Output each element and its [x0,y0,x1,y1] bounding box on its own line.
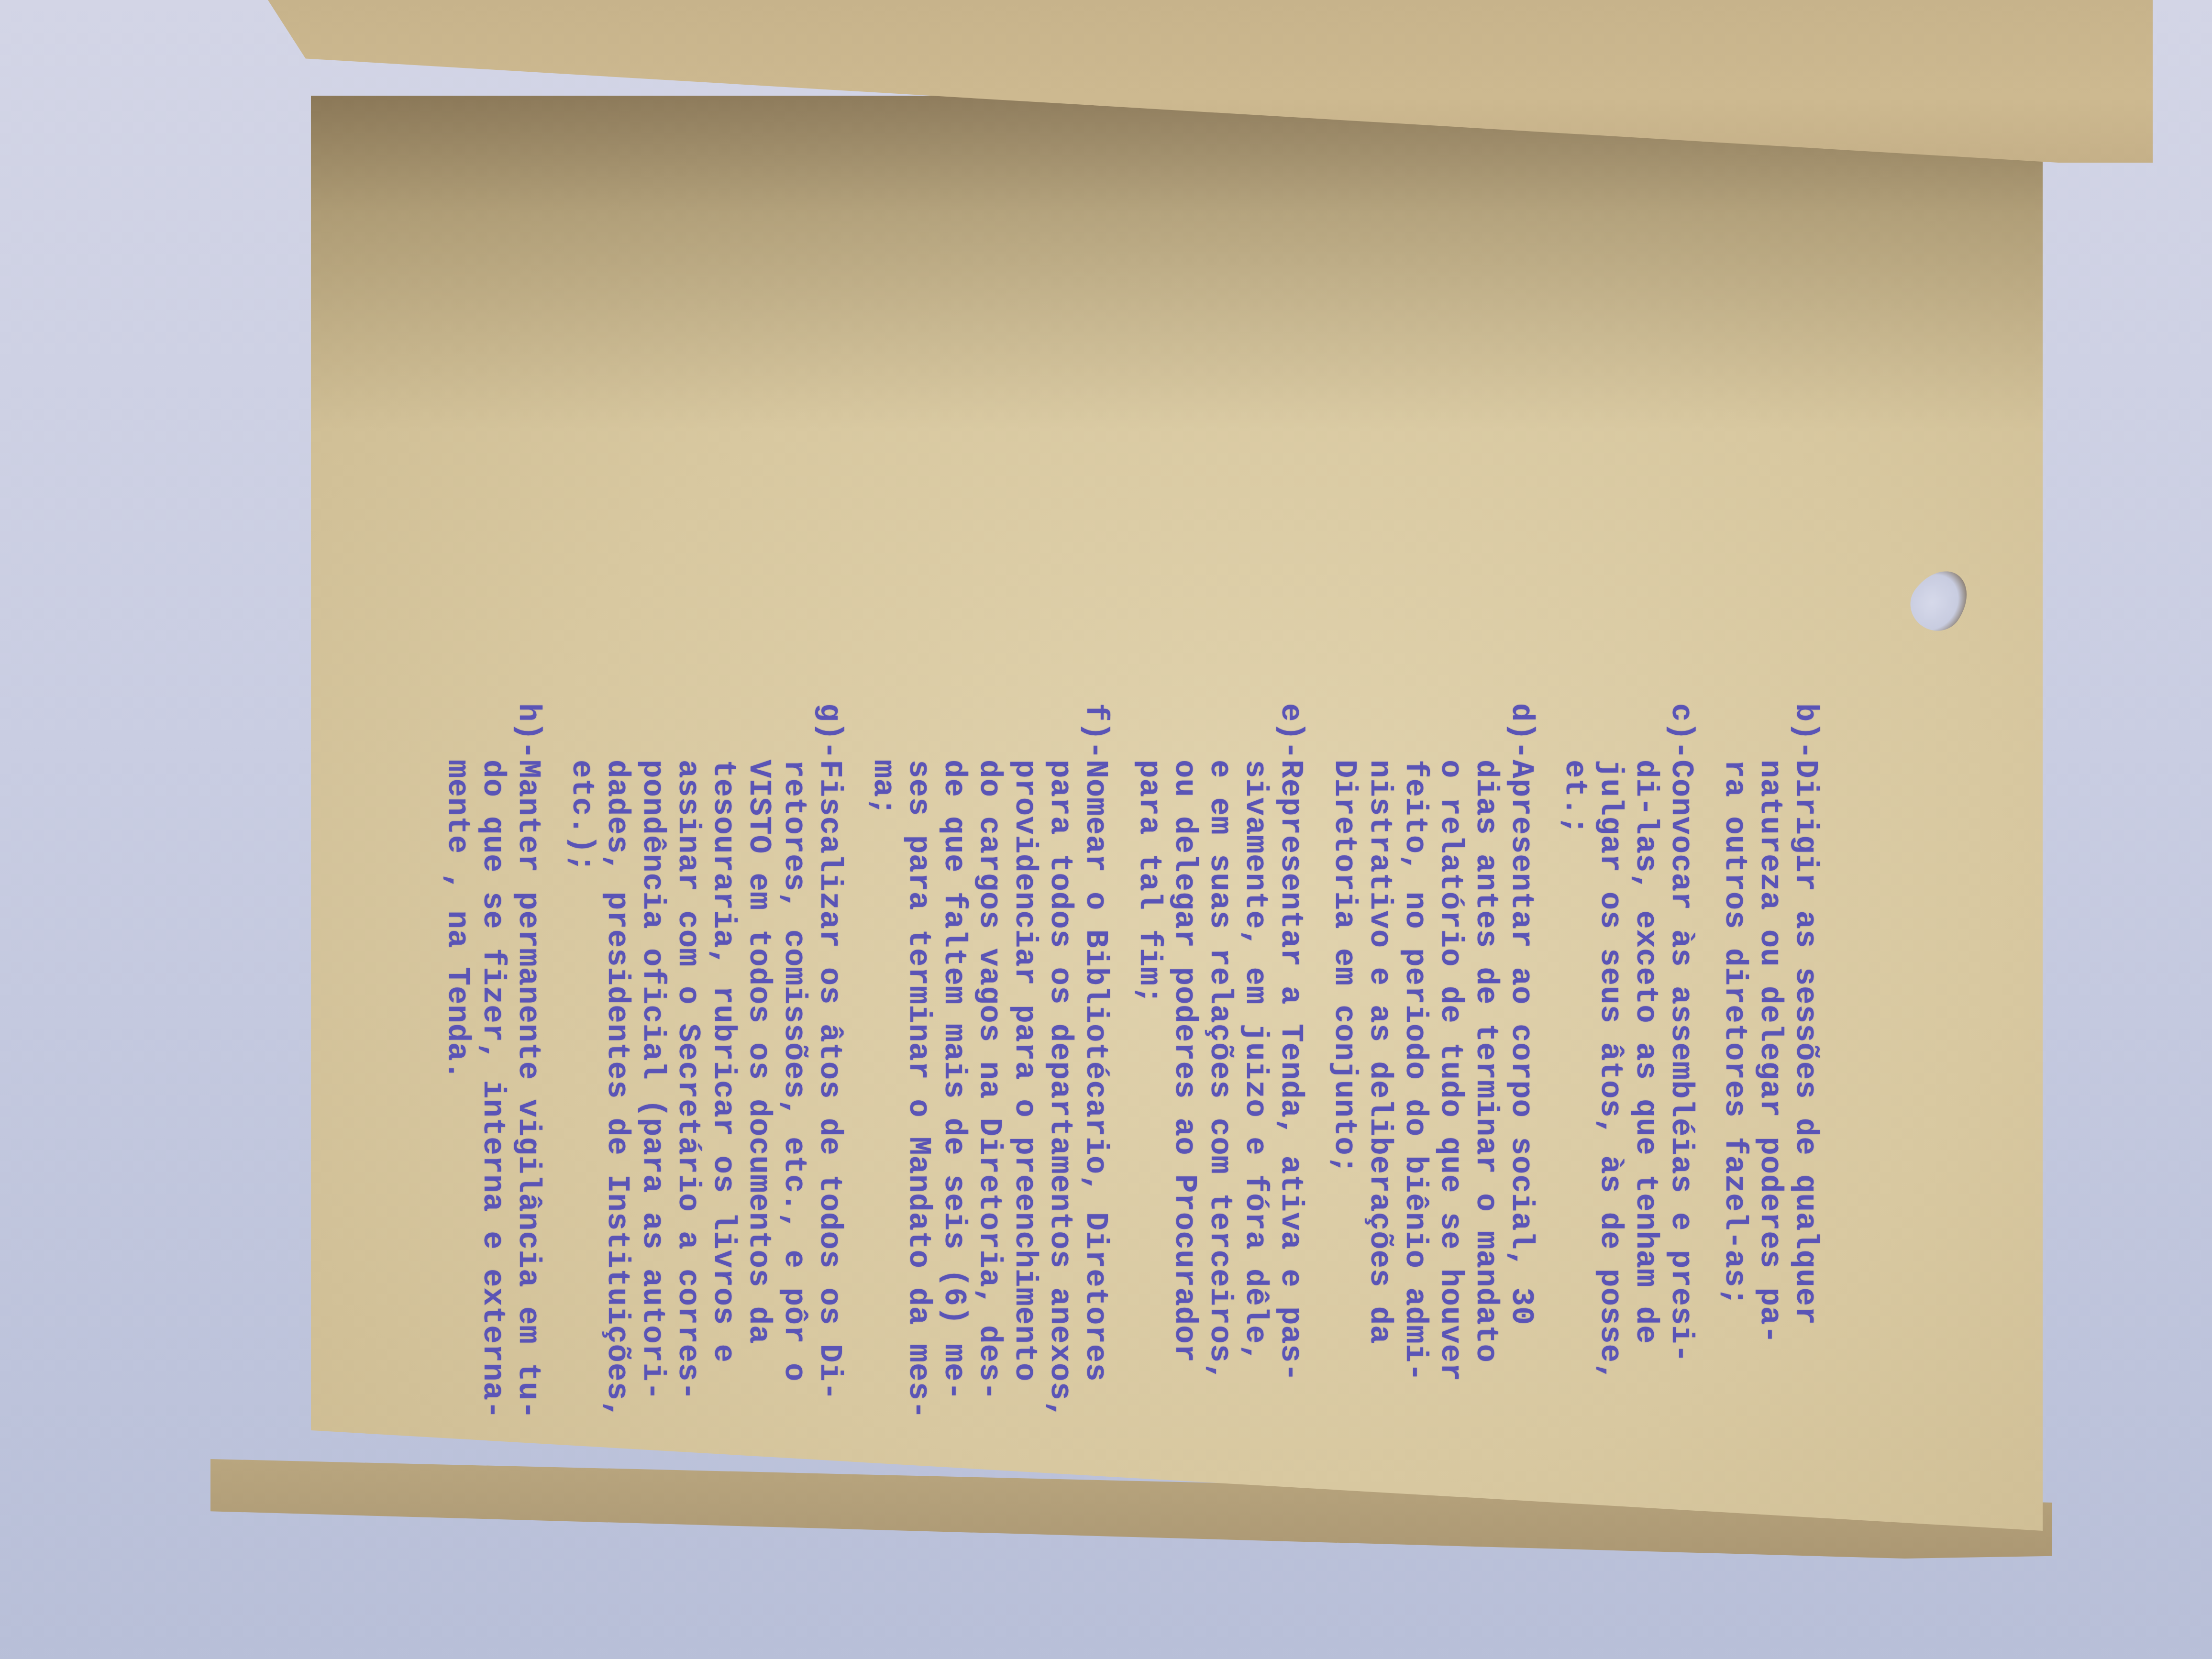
clause-line: f)-Nomear o Bibliotécario, Diretores [1077,703,1113,1516]
clause-line: ou delegar poderes ao Procurador [1166,703,1202,1516]
clause-line: tesouraria, rubricar os livros e [705,703,741,1516]
clause-line: mente , na Tenda. [439,703,475,1516]
clause-f: f)-Nomear o Bibliotécario, Diretorespara… [865,703,1113,1516]
clause-line: d)-Apresentar ao corpo social, 30 [1503,703,1538,1516]
clause-line: do cargos vagos na Diretoria, des- [971,703,1006,1516]
clause-line: et.; [1557,703,1592,1516]
clause-line: e)-Representar a Tenda, ativa e pas- [1272,703,1308,1516]
clause-line: para tal fim; [1131,703,1166,1516]
clause-d: d)-Apresentar ao corpo social, 30dias an… [1326,703,1538,1516]
clause-line: di-las, exceto as que tenham de [1627,703,1663,1516]
clause-line: c)-Convocar às assembléias e presi- [1663,703,1698,1516]
clause-e: e)-Representar a Tenda, ativa e pas-siva… [1131,703,1308,1516]
clause-line: VISTO em todos os documentos da [741,703,776,1516]
clause-line: para todos os departamentos anexos, [1042,703,1077,1516]
clause-b: b)-Dirigir as sessões de qualquernaturez… [1716,703,1823,1516]
clause-line: e em suas relações com terceiros, [1202,703,1237,1516]
clause-line: do que se fizer, interna e externa- [475,703,510,1516]
clause-line: dades, presidentes de Instituições, [599,703,634,1516]
clause-line: assinar com o Secretário a corres- [670,703,705,1516]
clause-line: providenciar para o preenchimento [1006,703,1042,1516]
photo-scene: b)-Dirigir as sessões de qualquernaturez… [0,0,2212,1659]
clause-line: ses para terminar o Mandato da mes- [900,703,936,1516]
clause-line: ma; [865,703,900,1516]
clause-line: ra outros diretores fazel-as; [1716,703,1752,1516]
clause-line: h)-Manter permanente vigilância em tu- [510,703,545,1516]
clause-line: pondência oficial (para as autori- [634,703,670,1516]
clause-line: natureza ou delegar poderes pa- [1752,703,1787,1516]
typewritten-text-block: b)-Dirigir as sessões de qualquernaturez… [421,703,1823,1516]
clause-line: nistrativo e as deliberações da [1361,703,1397,1516]
clause-line: b)-Dirigir as sessões de qualquer [1787,703,1823,1516]
clause-line: julgar os seus âtos, às de posse, [1592,703,1627,1516]
clause-line: feito, no periodo do biênio admi- [1397,703,1432,1516]
clause-line: g)-Fiscalizar os âtos de todos os Di- [811,703,847,1516]
clause-h: h)-Manter permanente vigilância em tu-do… [439,703,545,1516]
clause-line: etc.); [564,703,599,1516]
clause-line: retores, comissões, etc., e pôr o [776,703,811,1516]
clause-line: o relatório de tudo que se houver [1432,703,1468,1516]
clause-line: Diretoria em conjunto; [1326,703,1361,1516]
clause-line: sivamente, em juizo e fóra dêle, [1237,703,1272,1516]
clause-c: c)-Convocar às assembléias e presi-di-la… [1557,703,1698,1516]
clause-line: dias antes de terminar o mandato [1468,703,1503,1516]
clause-line: de que faltem mais de seis (6) me- [936,703,971,1516]
clause-g: g)-Fiscalizar os âtos de todos os Di-ret… [564,703,847,1516]
